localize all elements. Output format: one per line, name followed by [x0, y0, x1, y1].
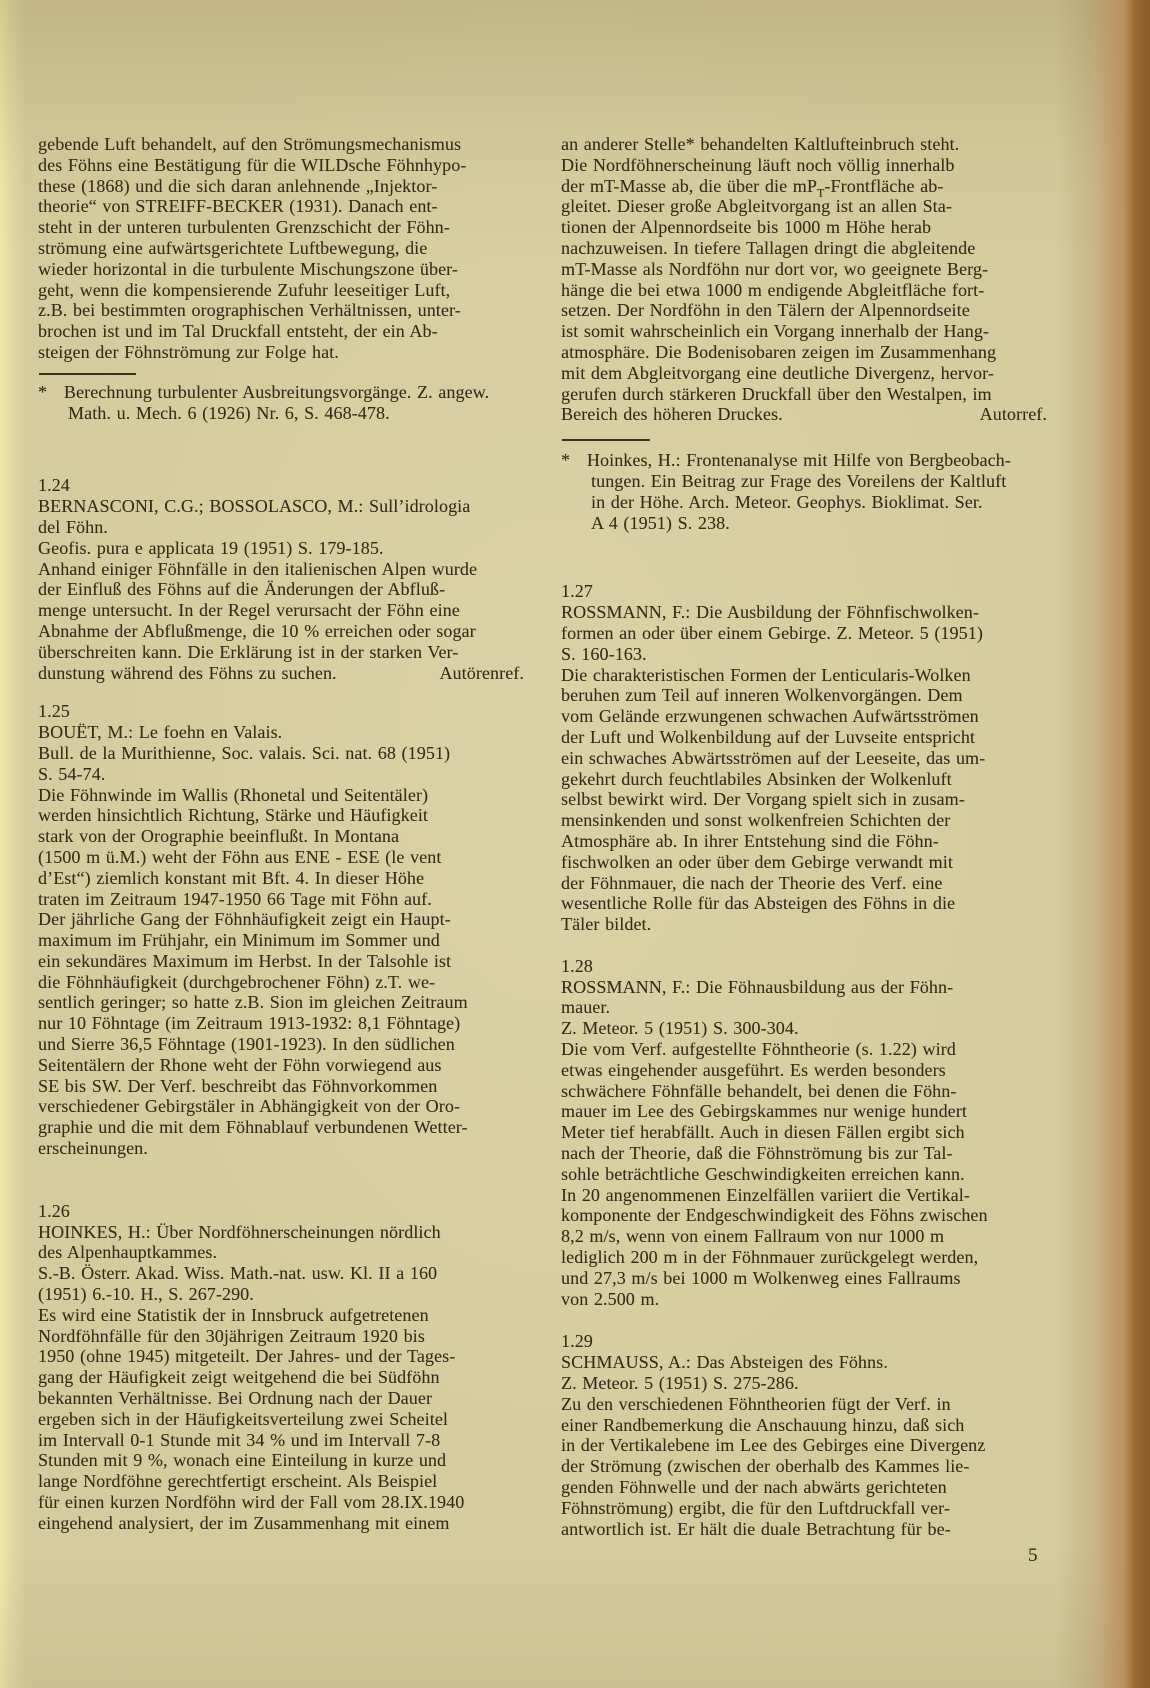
page-number: 5 — [1028, 1545, 1038, 1567]
entry-body: HOINKES, H.: Über Nordföhnerscheinungen … — [38, 1222, 524, 1534]
bib-entry-1-28: 1.28ROSSMANN, F.: Die Föhnausbildung aus… — [561, 956, 1047, 1310]
author-ref: Autorref. — [980, 404, 1047, 425]
entry-number: 1.28 — [561, 956, 1047, 977]
entry-body: BOUËT, M.: Le foehn en Valais. Bull. de … — [38, 722, 524, 1159]
entry-body: ROSSMANN, F.: Die Ausbildung der Föhnfis… — [561, 602, 1047, 935]
intro-text-after-subscript: -Frontfläche ab- gleitet. Dieser große A… — [561, 176, 996, 425]
bib-entry-1-29: 1.29SCHMAUSS, A.: Das Absteigen des Föhn… — [561, 1331, 1047, 1539]
continued-paragraph: gebende Luft behandelt, auf den Strömung… — [38, 134, 524, 363]
right-column: an anderer Stelle* behandelten Kaltlufte… — [561, 134, 1047, 1539]
entry-number: 1.26 — [38, 1201, 524, 1222]
left-column: gebende Luft behandelt, auf den Strömung… — [38, 134, 524, 1534]
entry-number: 1.27 — [561, 581, 1047, 602]
entry-body: BERNASCONI, C.G.; BOSSOLASCO, M.: Sull’i… — [38, 496, 524, 683]
bib-entry-1-25: 1.25BOUËT, M.: Le foehn en Valais. Bull.… — [38, 701, 524, 1159]
entry-text: BERNASCONI, C.G.; BOSSOLASCO, M.: Sull’i… — [38, 496, 477, 682]
continued-paragraph: an anderer Stelle* behandelten Kaltlufte… — [561, 134, 1047, 425]
footnote-separator-rule — [562, 439, 650, 441]
entry-body: ROSSMANN, F.: Die Föhnausbildung aus der… — [561, 977, 1047, 1310]
footnote-left: * Berechnung turbulenter Ausbreitungsvor… — [38, 382, 524, 424]
book-page: gebende Luft behandelt, auf den Strömung… — [0, 0, 1150, 1688]
entry-number: 1.29 — [561, 1331, 1047, 1352]
bib-entry-1-24: 1.24BERNASCONI, C.G.; BOSSOLASCO, M.: Su… — [38, 475, 524, 683]
footnote-right: * Hoinkes, H.: Frontenanalyse mit Hilfe … — [561, 450, 1047, 533]
entry-body: SCHMAUSS, A.: Das Absteigen des Föhns. Z… — [561, 1352, 1047, 1539]
entry-number: 1.24 — [38, 475, 524, 496]
bib-entry-1-26: 1.26HOINKES, H.: Über Nordföhnerscheinun… — [38, 1201, 524, 1534]
bib-entry-1-27: 1.27ROSSMANN, F.: Die Ausbildung der Föh… — [561, 581, 1047, 935]
footnote-separator-rule — [39, 373, 136, 375]
entry-number: 1.25 — [38, 701, 524, 722]
author-ref: Autörenref. — [439, 663, 524, 684]
